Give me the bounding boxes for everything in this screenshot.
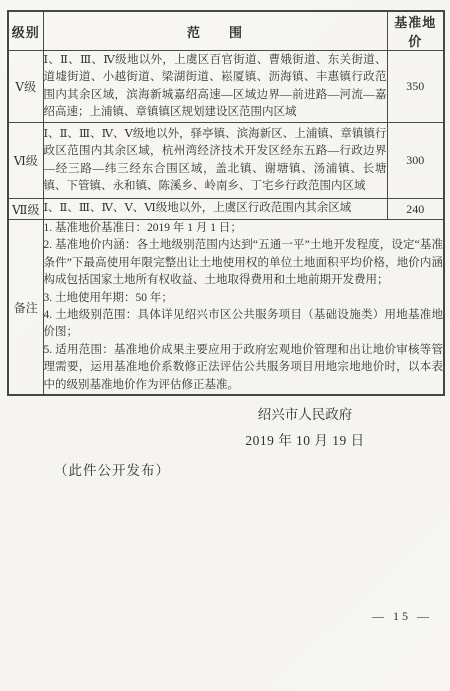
table-row-grade-v: Ⅴ级 Ⅰ、Ⅱ、Ⅲ、Ⅳ级地以外，上虞区百官街道、曹娥街道、东关街道、道墟街道、小越… [8,51,444,123]
table-row-notes: 备注 1. 基准地价基准日：2019 年 1 月 1 日； 2. 基准地价内涵：… [8,220,444,396]
scope-text: Ⅰ、Ⅱ、Ⅲ、Ⅳ、Ⅴ级地以外，驿亭镇、滨海新区、上浦镇、章镇镇行政区范围内其余区域… [43,123,387,199]
signature-block: 绍兴市人民政府 2019 年 10 月 19 日 [225,404,385,452]
grade-label: Ⅵ级 [8,123,43,199]
price-value: 350 [387,51,444,123]
note-item-2: 2. 基准地价内涵：各土地级别范围内达到“五通一平”土地开发程度，设定“基准条件… [44,237,444,289]
document-page: 级别 范 围 基准地价 Ⅴ级 Ⅰ、Ⅱ、Ⅲ、Ⅳ级地以外，上虞区百官街道、曹娥街道、… [0,0,450,691]
note-item-1: 1. 基准地价基准日：2019 年 1 月 1 日； [44,220,444,237]
publication-note: （此件公开发布） [54,459,170,479]
grade-label: Ⅶ级 [8,199,43,220]
notes-label: 备注 [8,220,43,396]
table-row-grade-vi: Ⅵ级 Ⅰ、Ⅱ、Ⅲ、Ⅳ、Ⅴ级地以外，驿亭镇、滨海新区、上浦镇、章镇镇行政区范围内其… [8,123,444,199]
grade-label: Ⅴ级 [8,51,43,123]
header-scope: 范 围 [43,11,387,51]
scope-text: Ⅰ、Ⅱ、Ⅲ、Ⅳ级地以外，上虞区百官街道、曹娥街道、东关街道、道墟街道、小越街道、… [43,51,387,123]
header-grade: 级别 [8,11,43,51]
page-number: — 15 — [372,609,432,624]
note-item-5: 5. 适用范围：基准地价成果主要应用于政府宏观地价管理和出让地价审核等管理需要，… [44,342,444,394]
note-item-4: 4. 土地级别范围：具体详见绍兴市区公共服务项目（基础设施类）用地基准地价图； [44,307,444,342]
table-header-row: 级别 范 围 基准地价 [8,11,444,51]
header-price: 基准地价 [387,11,444,51]
note-item-3: 3. 土地使用年期：50 年； [44,290,444,307]
signature-date: 2019 年 10 月 19 日 [225,430,385,452]
notes-content: 1. 基准地价基准日：2019 年 1 月 1 日； 2. 基准地价内涵：各土地… [43,220,444,396]
table-row-grade-vii: Ⅶ级 Ⅰ、Ⅱ、Ⅲ、Ⅳ、Ⅴ、Ⅵ级地以外，上虞区行政范围内其余区域 240 [8,199,444,220]
price-value: 240 [387,199,444,220]
signature-issuer: 绍兴市人民政府 [225,404,385,426]
price-value: 300 [387,123,444,199]
benchmark-land-price-table: 级别 范 围 基准地价 Ⅴ级 Ⅰ、Ⅱ、Ⅲ、Ⅳ级地以外，上虞区百官街道、曹娥街道、… [7,10,445,396]
scope-text: Ⅰ、Ⅱ、Ⅲ、Ⅳ、Ⅴ、Ⅵ级地以外，上虞区行政范围内其余区域 [43,199,387,220]
